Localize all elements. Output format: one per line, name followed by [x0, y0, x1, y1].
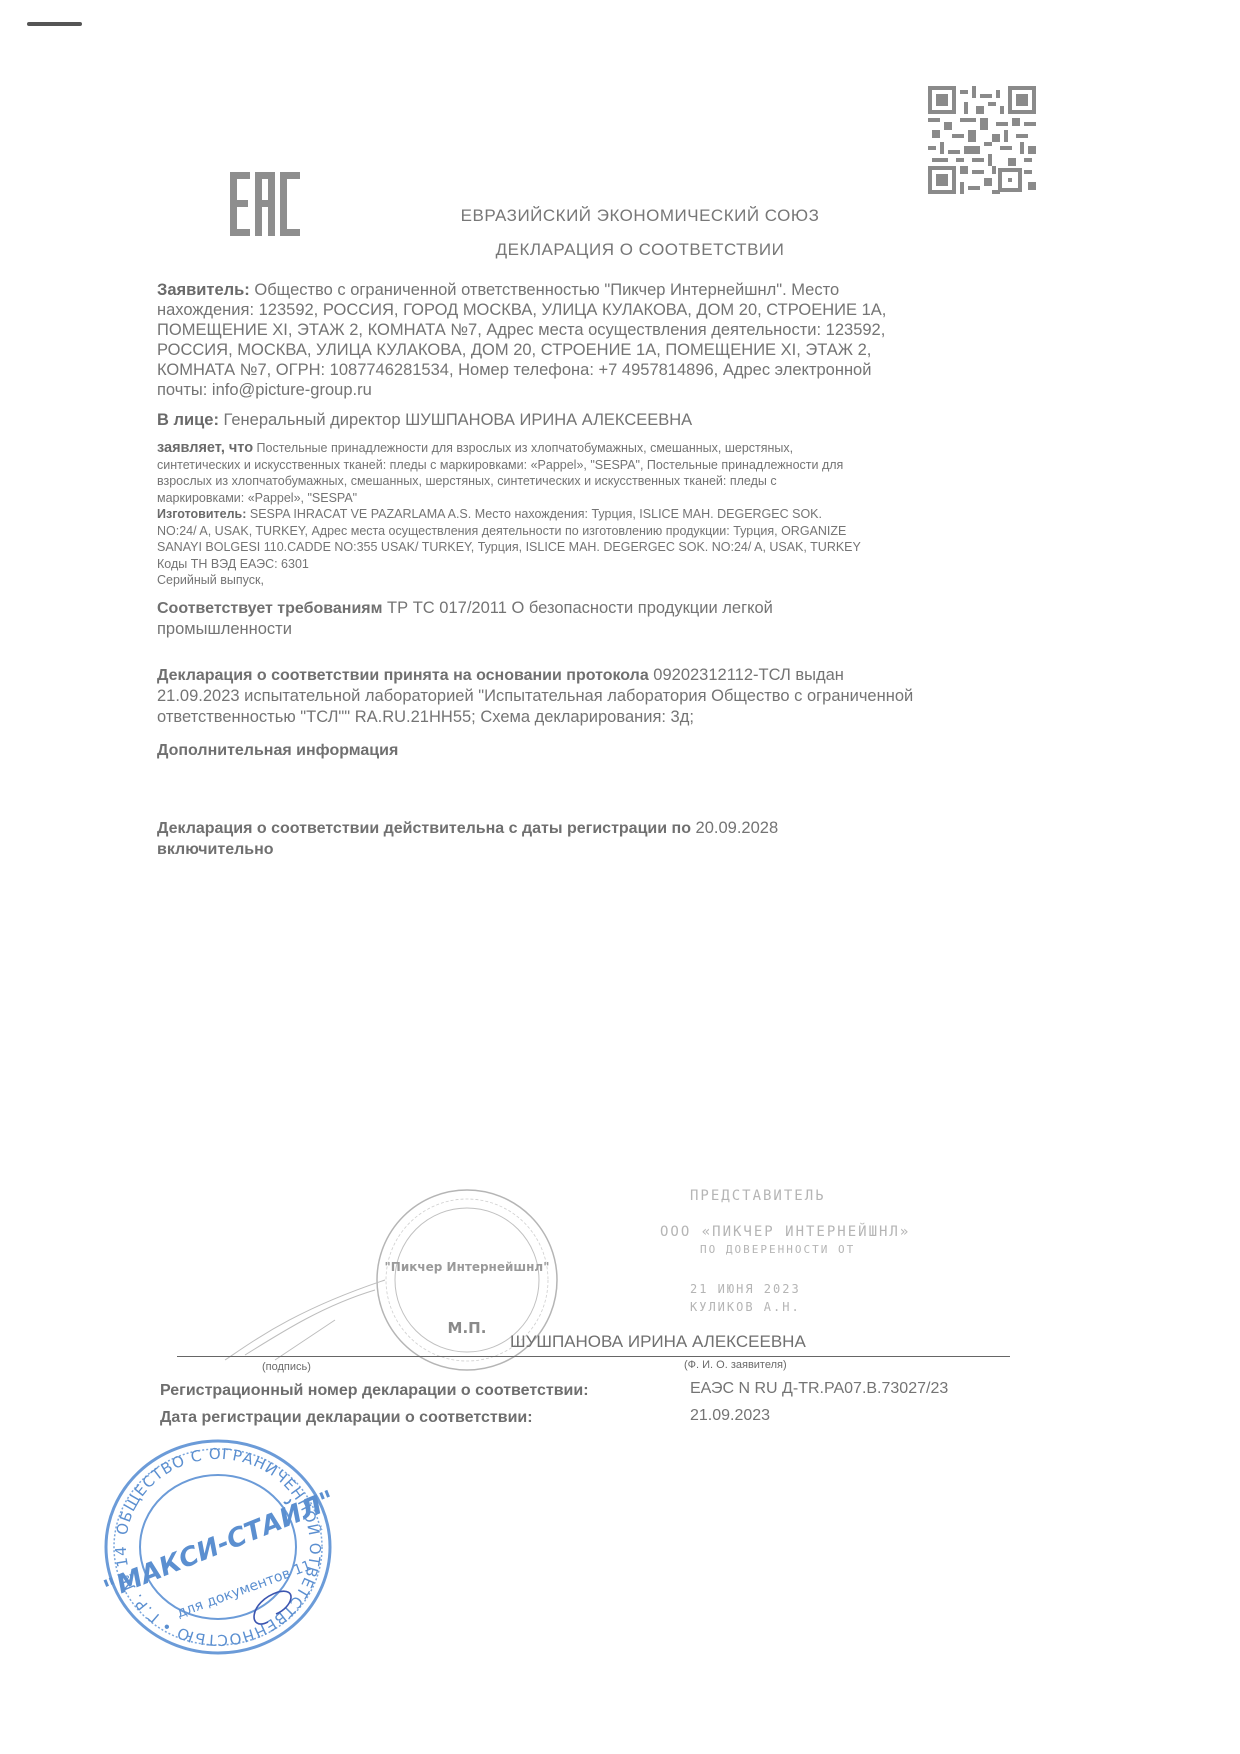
- manufacturer-line: SESPA IHRACAT VE PAZARLAMA A.S. Место на…: [246, 507, 822, 521]
- basis-line: 21.09.2023 испытательной лабораторией "И…: [157, 686, 1017, 707]
- manufacturer-line: NO:24/ A, USAK, TURKEY, Адрес места осущ…: [157, 523, 1017, 540]
- declares-label: заявляет, что: [157, 440, 253, 456]
- svg-text:"Пикчер Интернейшнл": "Пикчер Интернейшнл": [385, 1260, 550, 1274]
- declares-section: заявляет, что Постельные принадлежности …: [157, 440, 1017, 589]
- rep-stamp-line: 21 ИЮНЯ 2023: [690, 1282, 801, 1296]
- applicant-line: КОМНАТА №7, ОГРН: 1087746281534, Номер т…: [157, 360, 1017, 380]
- applicant-line: ПОМЕЩЕНИЕ XI, ЭТАЖ 2, КОМНАТА №7, Адрес …: [157, 320, 1017, 340]
- signature-caption: (подпись): [262, 1361, 311, 1373]
- compliance-section: Соответствует требованиям ТР ТС 017/2011…: [157, 598, 1017, 639]
- qr-code-icon: [928, 86, 1036, 194]
- validity-date: 20.09.2028: [691, 819, 778, 837]
- applicant-line: почты: info@picture-group.ru: [157, 380, 1017, 400]
- basis-section: Декларация о соответствии принята на осн…: [157, 665, 1017, 728]
- rep-stamp-line: ПО ДОВЕРЕННОСТИ ОТ: [700, 1243, 855, 1256]
- applicant-line: Общество с ограниченной ответственностью…: [250, 281, 839, 299]
- applicant-name: ШУШПАНОВА ИРИНА АЛЕКСЕЕВНА: [510, 1332, 806, 1352]
- svg-text:М.П.: М.П.: [448, 1319, 487, 1337]
- rep-stamp-line: ООО «ПИКЧЕР ИНТЕРНЕЙШНЛ»: [660, 1224, 910, 1240]
- release-type: Серийный выпуск,: [157, 572, 1017, 589]
- representative-section: В лице: Генеральный директор ШУШПАНОВА И…: [157, 410, 1017, 430]
- applicant-section: Заявитель: Общество с ограниченной ответ…: [157, 280, 1017, 400]
- eac-logo-icon: [230, 172, 302, 236]
- copy-stamp-icon: ОБЩЕСТВО С ОГРАНИЧЕННОЙ ОТВЕТСТВЕННОСТЬЮ…: [98, 1432, 338, 1662]
- applicant-label: Заявитель:: [157, 281, 250, 299]
- declares-line: взрослых из хлопчатобумажных, смешанных,…: [157, 473, 1017, 490]
- reg-number-label: Регистрационный номер декларации о соотв…: [160, 1382, 589, 1400]
- reg-number-value: ЕАЭС N RU Д-TR.PA07.B.73027/23: [690, 1380, 948, 1398]
- reg-date-label: Дата регистрации декларации о соответств…: [160, 1409, 533, 1427]
- representative-value: Генеральный директор ШУШПАНОВА ИРИНА АЛЕ…: [219, 411, 692, 429]
- signature-line: [177, 1356, 1010, 1357]
- manufacturer-line: SANAYI BOLGESI 110.CADDE NO:355 USAK/ TU…: [157, 539, 1017, 556]
- manufacturer-label: Изготовитель:: [157, 507, 246, 521]
- union-heading: ЕВРАЗИЙСКИЙ ЭКОНОМИЧЕСКИЙ СОЮЗ: [0, 206, 1240, 226]
- validity-label: Декларация о соответствии действительна …: [157, 820, 691, 837]
- declares-line: синтетических и искусственных тканей: пл…: [157, 457, 1017, 474]
- basis-label: Декларация о соответствии принята на осн…: [157, 667, 649, 684]
- tn-ved-code: Коды ТН ВЭД ЕАЭС: 6301: [157, 556, 1017, 573]
- compliance-label: Соответствует требованиям: [157, 600, 382, 617]
- signature-scribble: [215, 1270, 405, 1370]
- reg-date-value: 21.09.2023: [690, 1407, 770, 1425]
- scan-artifact: [27, 22, 82, 26]
- rep-stamp-line: ПРЕДСТАВИТЕЛЬ: [690, 1188, 826, 1204]
- compliance-value: ТР ТС 017/2011 О безопасности продукции …: [382, 599, 772, 617]
- rep-stamp-line: КУЛИКОВ А.Н.: [690, 1300, 801, 1314]
- basis-line: ответственностью "ТСЛ"" RA.RU.21НН55; Сх…: [157, 707, 1017, 728]
- additional-info: Дополнительная информация: [157, 740, 1017, 761]
- compliance-value-cont: промышленности: [157, 619, 1017, 639]
- document-title: ДЕКЛАРАЦИЯ О СООТВЕТСТВИИ: [0, 240, 1240, 260]
- applicant-line: РОССИЯ, МОСКВА, УЛИЦА КУЛАКОВА, ДОМ 20, …: [157, 340, 1017, 360]
- declares-line: маркировками: «Pappel», "SESPA": [157, 490, 1017, 507]
- validity-section: Декларация о соответствии действительна …: [157, 818, 1017, 860]
- applicant-line: нахождения: 123592, РОССИЯ, ГОРОД МОСКВА…: [157, 300, 1017, 320]
- validity-inclusive: включительно: [157, 839, 1017, 860]
- name-caption: (Ф. И. О. заявителя): [684, 1359, 787, 1371]
- additional-label: Дополнительная информация: [157, 742, 398, 759]
- basis-value: 09202312112-ТСЛ выдан: [649, 666, 844, 684]
- representative-label: В лице:: [157, 411, 219, 429]
- declares-line: Постельные принадлежности для взрослых и…: [253, 441, 793, 455]
